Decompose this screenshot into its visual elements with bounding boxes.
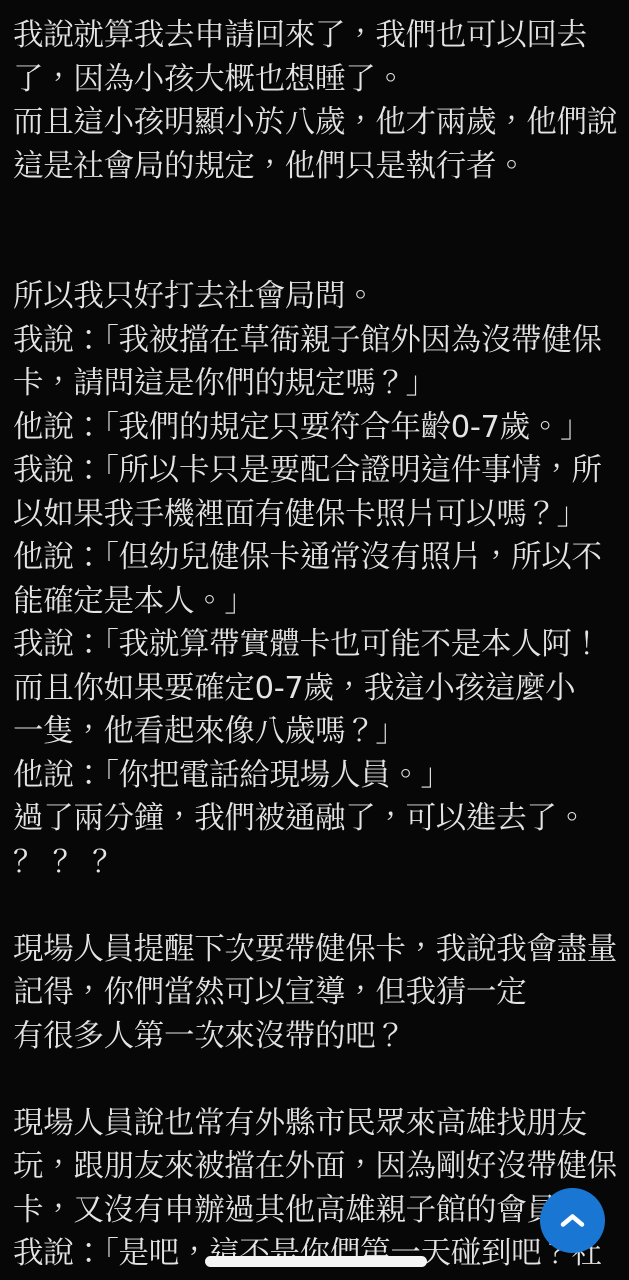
post-text-line: 能確定是本人。」	[13, 580, 625, 624]
post-text-line: 我說：「是吧，這不是你們第一天碰到吧？社	[13, 1232, 625, 1276]
post-text-line: ？ ？ ？	[13, 841, 625, 885]
post-text-line: 有很多人第一次來沒帶的吧？	[13, 1015, 625, 1059]
post-screen: { "colors": { "bg": "#070707", "text": "…	[0, 0, 629, 1280]
post-text-line: 這是社會局的規定，他們只是執行者。	[13, 145, 625, 189]
post-text-line: 而且你如果要確定0-7歲，我這小孩這麼小	[13, 667, 625, 711]
post-text-line: 他說：「但幼兒健保卡通常沒有照片，所以不	[13, 536, 625, 580]
post-text-line: 了，因為小孩大概也想睡了。	[13, 58, 625, 102]
post-text-line: 我說：「我被擋在草衙親子館外因為沒帶健保	[13, 319, 625, 363]
post-text-line: 現場人員說也常有外縣市民眾來高雄找朋友	[13, 1102, 625, 1146]
scroll-to-top-button[interactable]	[540, 1188, 605, 1253]
post-text-line: 所以我只好打去社會局問。	[13, 275, 625, 319]
post-text-line: 而且這小孩明顯小於八歲，他才兩歲，他們說	[13, 101, 625, 145]
post-text-line: 現場人員提醒下次要帶健保卡，我說我會盡量	[13, 928, 625, 972]
post-content: 我說就算我去申請回來了，我們也可以回去了，因為小孩大概也想睡了。而且這小孩明顯小…	[13, 14, 625, 1276]
post-text-line	[13, 884, 625, 928]
post-text-line	[13, 1058, 625, 1102]
post-text-line	[13, 232, 625, 276]
post-text-line: 我說：「我就算帶實體卡也可能不是本人阿！	[13, 623, 625, 667]
post-text-line: 過了兩分鐘，我們被通融了，可以進去了。	[13, 797, 625, 841]
post-text-line: 以如果我手機裡面有健保卡照片可以嗎？」	[13, 493, 625, 537]
post-text-line: 一隻，他看起來像八歲嗎？」	[13, 710, 625, 754]
post-text: 我說就算我去申請回來了，我們也可以回去了，因為小孩大概也想睡了。而且這小孩明顯小…	[13, 14, 625, 1276]
post-text-line: 玩，跟朋友來被擋在外面，因為剛好沒帶健保	[13, 1145, 625, 1189]
white-underline-bar	[205, 1256, 427, 1267]
chevron-up-icon	[559, 1212, 586, 1229]
post-text-line: 我說就算我去申請回來了，我們也可以回去	[13, 14, 625, 58]
post-text-line: 我說：「所以卡只是要配合證明這件事情，所	[13, 449, 625, 493]
post-text-line: 卡，又沒有申辦過其他高雄親子館的會員	[13, 1189, 625, 1233]
post-text-line: 記得，你們當然可以宣導，但我猜一定	[13, 971, 625, 1015]
post-text-line: 卡，請問這是你們的規定嗎？」	[13, 362, 625, 406]
post-text-line	[13, 188, 625, 232]
post-text-line: 他說：「你把電話給現場人員。」	[13, 754, 625, 798]
post-text-line: 他說：「我們的規定只要符合年齡0-7歲。」	[13, 406, 625, 450]
